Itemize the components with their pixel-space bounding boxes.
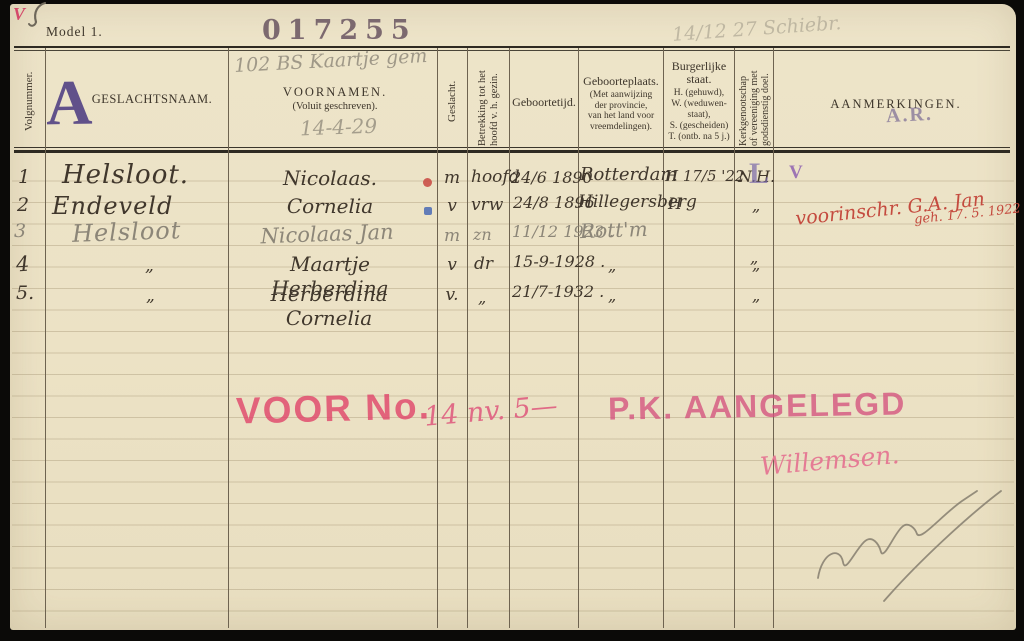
scanned-register-card: V Model 1. 017255 14/12 27 Schiebr. Volg… — [0, 0, 1024, 641]
pencil-signature-squiggle — [818, 491, 977, 578]
pencil-check-icon — [35, 3, 45, 22]
pencil-check-icon — [29, 22, 36, 26]
card-content: V Model 1. 017255 14/12 27 Schiebr. Volg… — [0, 0, 1024, 641]
pencil-scribbles — [0, 0, 1024, 641]
pencil-diagonal-stroke — [884, 491, 1001, 601]
